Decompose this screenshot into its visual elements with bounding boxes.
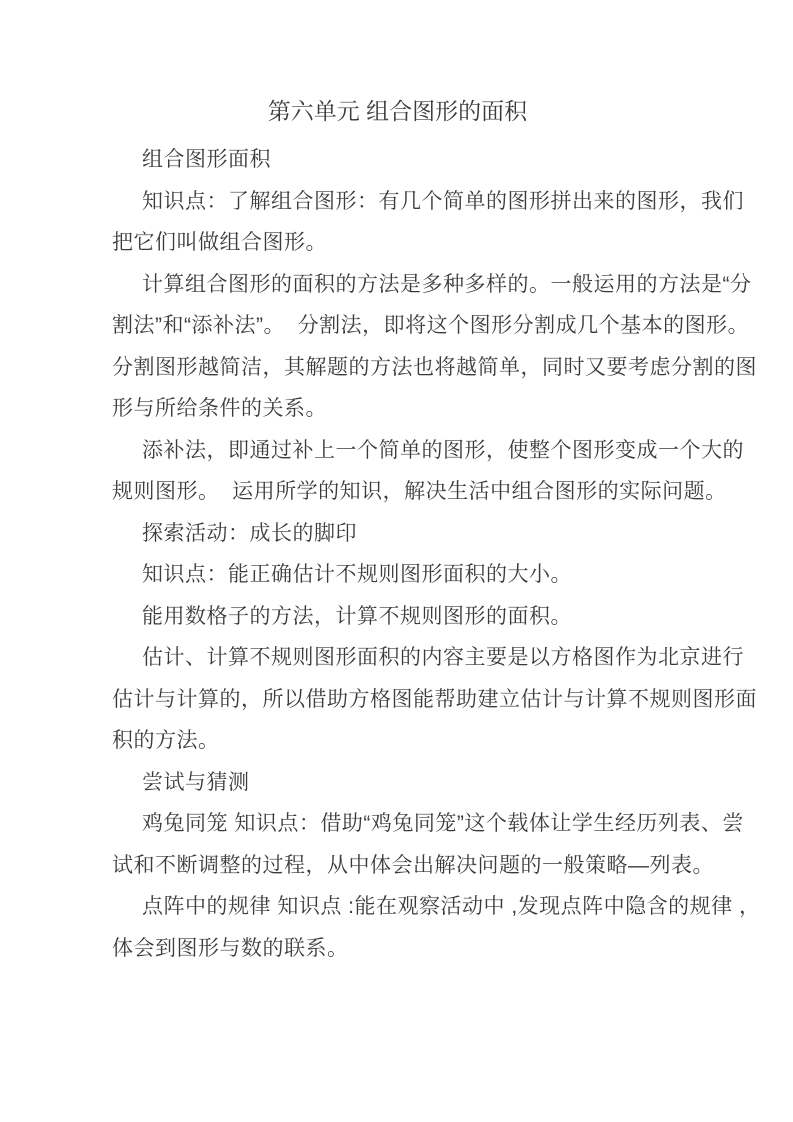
- paragraph-line: 割法”和“添补法”。 分割法，即将这个图形分割成几个基本的图形。: [112, 305, 683, 347]
- paragraph-first-line: 计算组合图形的面积的方法是多种多样的。一般运用的方法是“分: [112, 264, 683, 306]
- document-body: 组合图形面积知识点：了解组合图形：有几个简单的图形拼出来的图形，我们把它们叫做组…: [112, 139, 683, 969]
- paragraph-first-line: 添补法，即通过补上一个简单的图形，使整个图形变成一个大的: [112, 430, 683, 472]
- paragraph-first-line: 尝试与猜测: [112, 762, 683, 804]
- paragraph-line: 积的方法。: [112, 720, 683, 762]
- paragraph-first-line: 鸡兔同笼 知识点：借助“鸡兔同笼”这个载体让学生经历列表、尝: [112, 803, 683, 845]
- paragraph-line: 规则图形。 运用所学的知识，解决生活中组合图形的实际问题。: [112, 471, 683, 513]
- paragraph-line: 估计与计算的，所以借助方格图能帮助建立估计与计算不规则图形面: [112, 679, 683, 721]
- paragraph-first-line: 能用数格子的方法，计算不规则图形的面积。: [112, 596, 683, 638]
- paragraph-first-line: 知识点：了解组合图形：有几个简单的图形拼出来的图形，我们: [112, 181, 683, 223]
- paragraph-line: 形与所给条件的关系。: [112, 388, 683, 430]
- document-page: 第六单元 组合图形的面积 组合图形面积知识点：了解组合图形：有几个简单的图形拼出…: [0, 0, 793, 1122]
- paragraph-first-line: 知识点：能正确估计不规则图形面积的大小。: [112, 554, 683, 596]
- paragraph-first-line: 点阵中的规律 知识点 :能在观察活动中 ,发现点阵中隐含的规律 ，: [112, 886, 683, 928]
- paragraph-line: 把它们叫做组合图形。: [112, 222, 683, 264]
- paragraph-first-line: 探索活动：成长的脚印: [112, 513, 683, 555]
- paragraph-line: 体会到图形与数的联系。: [112, 928, 683, 970]
- document-title: 第六单元 组合图形的面积: [112, 88, 683, 135]
- paragraph-line: 分割图形越简洁，其解题的方法也将越简单，同时又要考虑分割的图: [112, 347, 683, 389]
- paragraph-first-line: 组合图形面积: [112, 139, 683, 181]
- paragraph-first-line: 估计、计算不规则图形面积的内容主要是以方格图作为北京进行: [112, 637, 683, 679]
- paragraph-line: 试和不断调整的过程，从中体会出解决问题的一般策略—列表。: [112, 845, 683, 887]
